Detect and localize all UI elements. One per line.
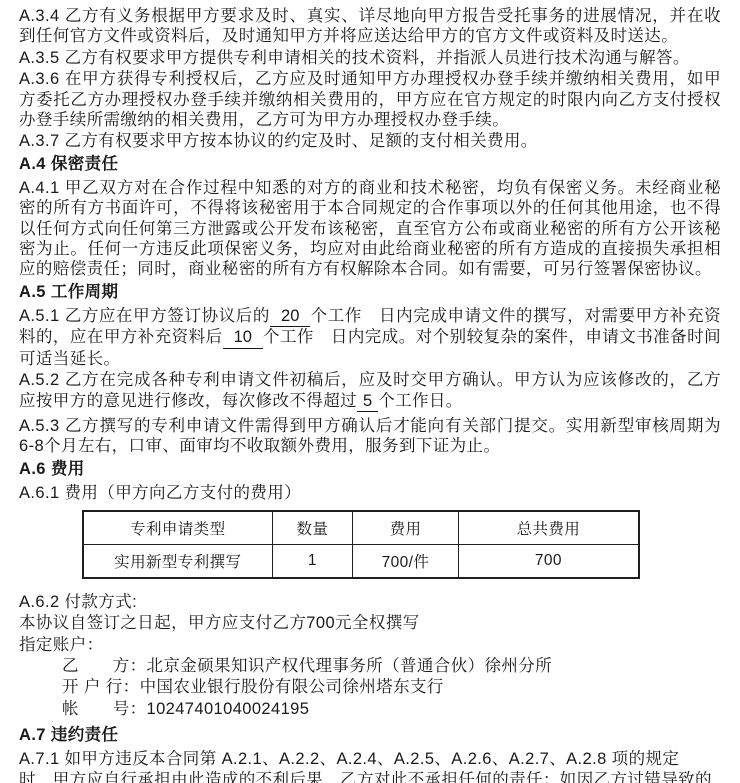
payment-intro: 本协议自签订之日起，甲方应支付乙方700元全权撰写 bbox=[19, 613, 721, 634]
account-number-line: 帐 号：10247401040024195 bbox=[19, 699, 721, 720]
fee-table-header-row: 专利申请类型 数量 费用 总共费用 bbox=[83, 511, 639, 545]
clause-a4-1: A.4.1 甲乙双方对在合作过程中知悉的对方的商业和技术秘密，均负有保密义务。未… bbox=[19, 178, 721, 280]
designated-account-label: 指定账户： bbox=[19, 635, 721, 656]
clause-a3-7: A.3.7 乙方有权要求甲方按本协议的约定及时、足额的支付相关费用。 bbox=[19, 131, 721, 151]
fee-table-cell-type: 实用新型专利撰写 bbox=[83, 545, 272, 579]
clause-a6-1: A.6.1 费用（甲方向乙方支付的费用） bbox=[19, 483, 721, 503]
clause-a7-1-line1: A.7.1 如甲方违反本合同第 A.2.1、A.2.2、A.2.4、A.2.5、… bbox=[19, 749, 721, 769]
clause-a5-1: A.5.1 乙方应在甲方签订协议后的20个工作 日内完成申请文件的撰写，对需要甲… bbox=[19, 306, 721, 369]
clause-a3-4: A.3.4 乙方有义务根据甲方要求及时、真实、详尽地向甲方报告受托事务的进展情况… bbox=[19, 6, 721, 47]
clause-a5-1-text-1: A.5.1 乙方应在甲方签订协议后的 bbox=[19, 307, 270, 325]
clause-a5-3: A.5.3 乙方撰写的专利申请文件需得到甲方确认后才能向有关部门提交。实用新型审… bbox=[19, 416, 721, 457]
fee-table-data-row: 实用新型专利撰写 1 700/件 700 bbox=[83, 545, 639, 579]
clause-a7-1-line2-clipped: 时，甲方应自行承担由此造成的不利后果，乙方对此不承担任何的责任；如因乙方过错导致… bbox=[19, 770, 721, 783]
fee-table: 专利申请类型 数量 费用 总共费用 实用新型专利撰写 1 700/件 700 bbox=[82, 510, 640, 579]
heading-a6-fees: A.6 费用 bbox=[19, 459, 721, 480]
blank-days-supplement: 10 bbox=[223, 327, 263, 348]
blank-days-draft: 20 bbox=[270, 306, 310, 327]
fee-table-cell-fee: 700/件 bbox=[353, 545, 459, 579]
clause-a3-6: A.3.6 在甲方获得专利授权后，乙方应及时通知甲方办理授权办登手续并缴纳相关费… bbox=[19, 69, 721, 130]
heading-a7-breach: A.7 违约责任 bbox=[19, 725, 721, 746]
heading-a5-work-period: A.5 工作周期 bbox=[19, 282, 721, 303]
fee-table-header-total: 总共费用 bbox=[458, 511, 639, 545]
fee-table-cell-total: 700 bbox=[458, 545, 639, 579]
contract-document-page: A.3.4 乙方有义务根据甲方要求及时、真实、详尽地向甲方报告受托事务的进展情况… bbox=[0, 0, 740, 783]
fee-table-header-fee: 费用 bbox=[353, 511, 459, 545]
fee-table-header-type: 专利申请类型 bbox=[83, 511, 272, 545]
account-party-line: 乙 方：北京金硕果知识产权代理事务所（普通合伙）徐州分所 bbox=[19, 656, 721, 677]
fee-table-cell-quantity: 1 bbox=[272, 545, 353, 579]
fee-table-header-quantity: 数量 bbox=[272, 511, 353, 545]
clause-a5-2: A.5.2 乙方在完成各种专利申请文件初稿后，应及时交甲方确认。甲方认为应该修改… bbox=[19, 370, 721, 412]
clause-a3-5: A.3.5 乙方有权要求甲方提供专利申请相关的技术资料，并指派人员进行技术沟通与… bbox=[19, 48, 721, 68]
blank-days-revision: 5 bbox=[357, 391, 378, 412]
heading-a4-confidentiality: A.4 保密责任 bbox=[19, 154, 721, 175]
clause-a5-2-text-2: 个工作日。 bbox=[378, 392, 463, 410]
clause-a6-2: A.6.2 付款方式: bbox=[19, 592, 721, 613]
account-bank-line: 开 户 行：中国农业银行股份有限公司徐州塔东支行 bbox=[19, 677, 721, 698]
